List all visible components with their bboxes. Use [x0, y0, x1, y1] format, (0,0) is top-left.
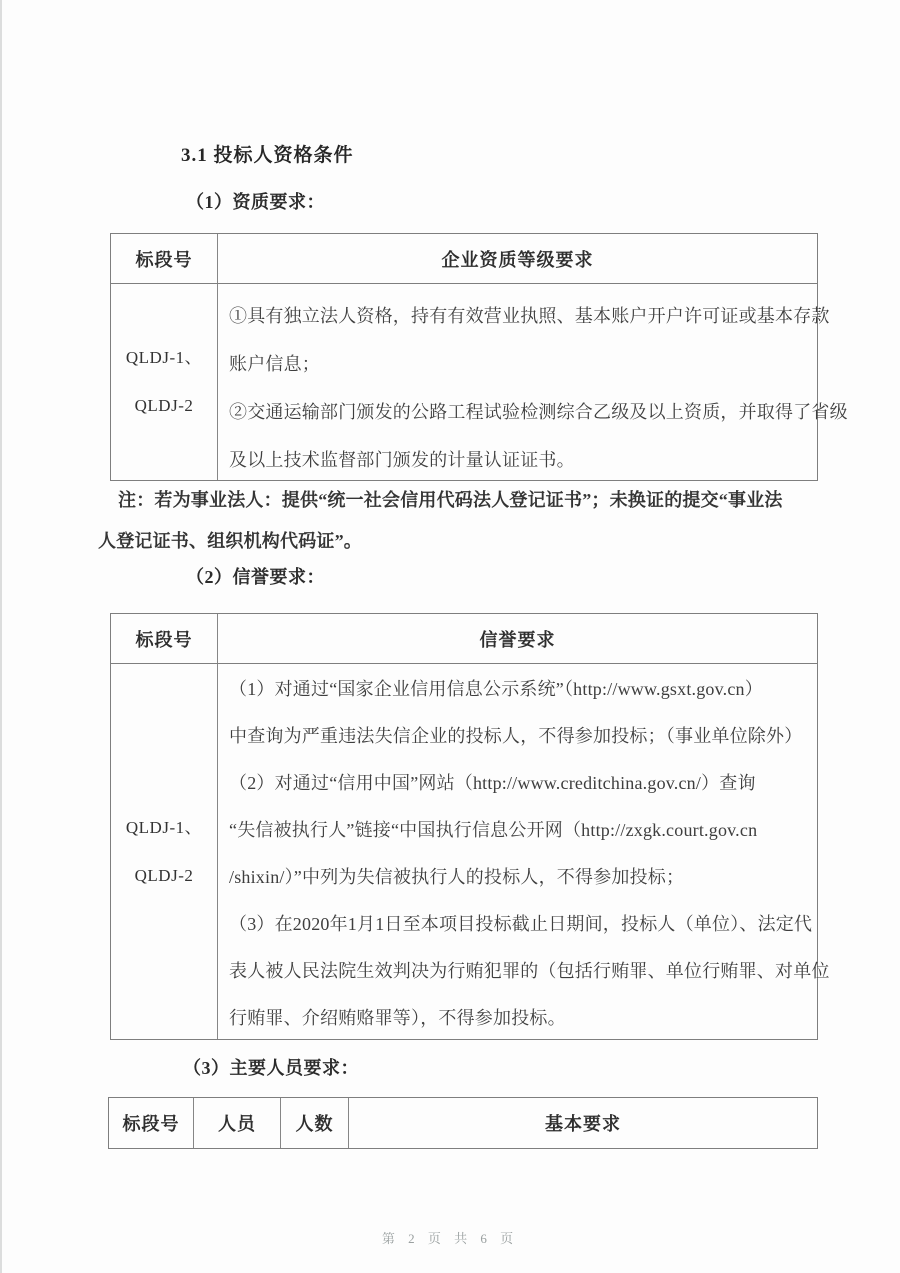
subsection-heading-credit: （2）信誉要求： — [186, 563, 325, 589]
header-cell-basic-req: 基本要求 — [349, 1098, 817, 1148]
requirement-line: 及以上技术监督部门颁发的计量认证证书。 — [229, 436, 848, 484]
page-number: 第 2 页 共 6 页 — [0, 1228, 900, 1247]
header-cell-section-no: 标段号 — [111, 234, 218, 283]
qualification-requirements-cell: ①具有独立法人资格，持有有效营业执照、基本账户开户许可证或基本存款 账户信息； … — [218, 284, 848, 480]
credit-table: 标段号 信誉要求 QLDJ-1、 QLDJ-2 （1）对通过“国家企业信用信息公… — [110, 613, 818, 1040]
requirement-line: ②交通运输部门颁发的公路工程试验检测综合乙级及以上资质，并取得了省级 — [229, 388, 848, 436]
note-block: 注：若为事业法人：提供“统一社会信用代码法人登记证书”；未换证的提交“事业法 人… — [98, 486, 783, 553]
credit-table-body-row: QLDJ-1、 QLDJ-2 （1）对通过“国家企业信用信息公示系统”（http… — [111, 664, 817, 1039]
document-page: 3.1 投标人资格条件 （1）资质要求： 标段号 企业资质等级要求 QLDJ-1… — [0, 0, 900, 1273]
scan-edge-artifact — [0, 0, 2, 1273]
requirement-line: 账户信息； — [229, 340, 848, 388]
section-title: 3.1 投标人资格条件 — [181, 140, 354, 167]
requirement-line: /shixin/）”中列为失信被执行人的投标人，不得参加投标； — [229, 854, 830, 901]
requirement-line: 行贿罪、介绍贿赂罪等），不得参加投标。 — [229, 995, 830, 1042]
requirement-line: “失信被执行人”链接“中国执行信息公开网（http://zxgk.court.g… — [229, 807, 830, 854]
bid-section-cell: QLDJ-1、 QLDJ-2 — [111, 664, 218, 1039]
bid-section-cell: QLDJ-1、 QLDJ-2 — [111, 284, 218, 480]
requirement-line: ①具有独立法人资格，持有有效营业执照、基本账户开户许可证或基本存款 — [229, 292, 848, 340]
header-cell-qualification-req: 企业资质等级要求 — [218, 234, 817, 283]
requirement-line: 表人被人民法院生效判决为行贿犯罪的（包括行贿罪、单位行贿罪、对单位 — [229, 948, 830, 995]
header-cell-personnel: 人员 — [194, 1098, 281, 1148]
credit-requirements-cell: （1）对通过“国家企业信用信息公示系统”（http://www.gsxt.gov… — [218, 664, 830, 1039]
note-line: 注：若为事业法人：提供“统一社会信用代码法人登记证书”；未换证的提交“事业法 — [98, 486, 783, 512]
qualification-table-header-row: 标段号 企业资质等级要求 — [111, 234, 817, 284]
requirement-line: （3）在2020年1月1日至本项目投标截止日期间，投标人（单位）、法定代 — [229, 901, 830, 948]
qualification-table: 标段号 企业资质等级要求 QLDJ-1、 QLDJ-2 ①具有独立法人资格，持有… — [110, 233, 818, 481]
requirement-line: 中查询为严重违法失信企业的投标人，不得参加投标；（事业单位除外） — [229, 713, 830, 760]
requirement-line: （2）对通过“信用中国”网站（http://www.creditchina.go… — [229, 760, 830, 807]
qualification-table-body-row: QLDJ-1、 QLDJ-2 ①具有独立法人资格，持有有效营业执照、基本账户开户… — [111, 284, 817, 480]
personnel-table-header-row: 标段号 人员 人数 基本要求 — [109, 1098, 817, 1148]
note-line: 人登记证书、组织机构代码证”。 — [98, 527, 783, 553]
subsection-heading-qualification: （1）资质要求： — [186, 188, 325, 214]
header-cell-section-no: 标段号 — [109, 1098, 194, 1148]
credit-table-header-row: 标段号 信誉要求 — [111, 614, 817, 664]
header-cell-section-no: 标段号 — [111, 614, 218, 663]
personnel-table: 标段号 人员 人数 基本要求 — [108, 1097, 818, 1149]
requirement-line: （1）对通过“国家企业信用信息公示系统”（http://www.gsxt.gov… — [229, 666, 830, 713]
bid-section-label: QLDJ-2 — [135, 852, 194, 900]
bid-section-label: QLDJ-2 — [135, 382, 194, 430]
header-cell-credit-req: 信誉要求 — [218, 614, 817, 663]
header-cell-headcount: 人数 — [281, 1098, 349, 1148]
bid-section-label: QLDJ-1、 — [126, 804, 202, 852]
subsection-heading-personnel: （3）主要人员要求： — [183, 1054, 359, 1080]
bid-section-label: QLDJ-1、 — [126, 334, 202, 382]
